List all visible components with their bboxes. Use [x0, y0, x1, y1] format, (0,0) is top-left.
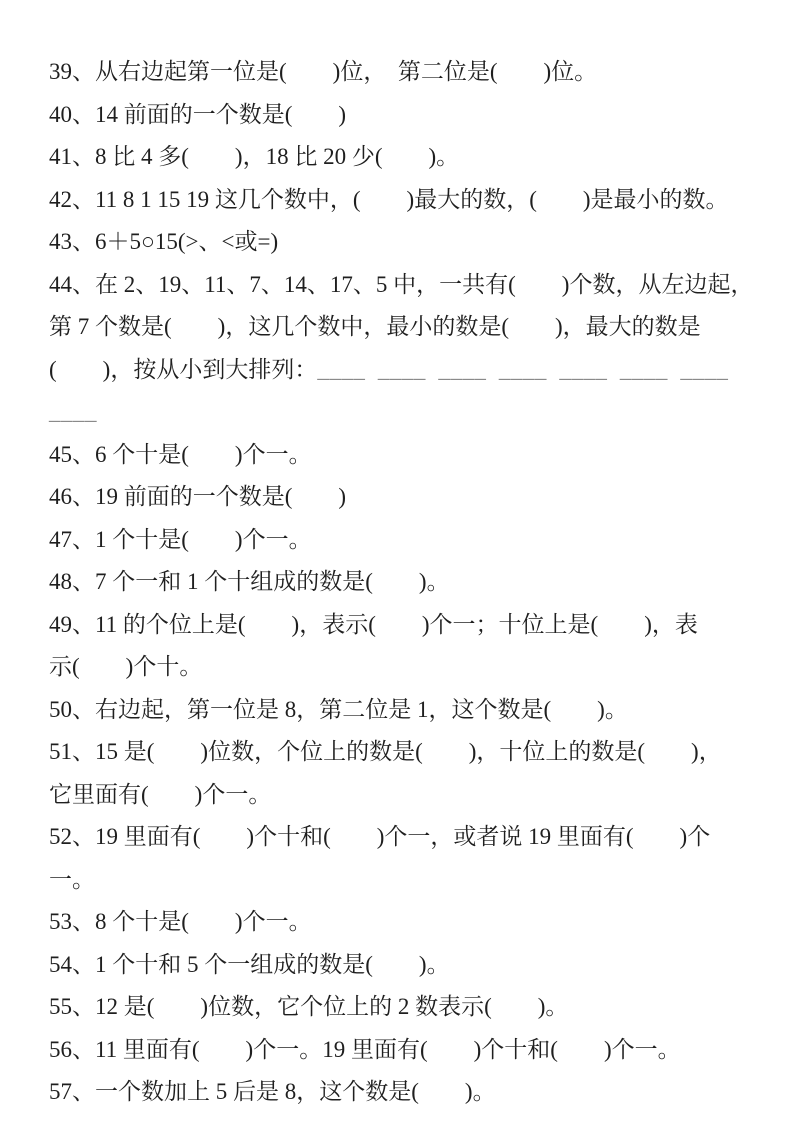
question-51-line-1: 51、15 是( )位数，个位上的数是( )，十位上的数是( )，	[49, 731, 774, 774]
question-44-line-1: 44、在 2、19、11、7、14、17、5 中，一共有( )个数，从左边起，	[49, 264, 774, 307]
question-52-line-1: 52、19 里面有( )个十和( )个一，或者说 19 里面有( )个	[49, 816, 774, 859]
question-39-line: 39、从右边起第一位是( )位， 第二位是( )位。	[49, 51, 774, 94]
question-55-line: 55、12 是( )位数，它个位上的 2 数表示( )。	[49, 986, 774, 1029]
question-40-line: 40、14 前面的一个数是( )	[49, 94, 774, 137]
question-46-line: 46、19 前面的一个数是( )	[49, 476, 774, 519]
question-54-line: 54、1 个十和 5 个一组成的数是( )。	[49, 944, 774, 987]
question-52-line-2: 一。	[49, 859, 774, 902]
question-42-line: 42、11 8 1 15 19 这几个数中，( )最大的数，( )是最小的数。	[49, 179, 774, 222]
question-43-line: 43、6＋5○15(>、<或=)	[49, 221, 774, 264]
question-50-line: 50、右边起，第一位是 8，第二位是 1，这个数是( )。	[49, 689, 774, 732]
question-53-line: 53、8 个十是( )个一。	[49, 901, 774, 944]
worksheet-page: 39、从右边起第一位是( )位， 第二位是( )位。 40、14 前面的一个数是…	[0, 0, 800, 1130]
question-56-line: 56、11 里面有( )个一。19 里面有( )个十和( )个一。	[49, 1029, 774, 1072]
question-49-line-1: 49、11 的个位上是( )，表示( )个一；十位上是( )，表	[49, 604, 774, 647]
question-48-line: 48、7 个一和 1 个十组成的数是( )。	[49, 561, 774, 604]
question-57-line: 57、一个数加上 5 后是 8，这个数是( )。	[49, 1071, 774, 1114]
question-44-text: ( )，按从小到大排列：	[49, 357, 317, 382]
question-49-line-2: 示( )个十。	[49, 646, 774, 689]
question-45-line: 45、6 个十是( )个一。	[49, 434, 774, 477]
question-44-line-3: ( )，按从小到大排列：____ ____ ____ ____ ____ ___…	[49, 349, 774, 434]
question-44-line-2: 第 7 个数是( )，这几个数中，最小的数是( )，最大的数是	[49, 306, 774, 349]
question-47-line: 47、1 个十是( )个一。	[49, 519, 774, 562]
question-41-line: 41、8 比 4 多( )，18 比 20 少( )。	[49, 136, 774, 179]
question-51-line-2: 它里面有( )个一。	[49, 774, 774, 817]
